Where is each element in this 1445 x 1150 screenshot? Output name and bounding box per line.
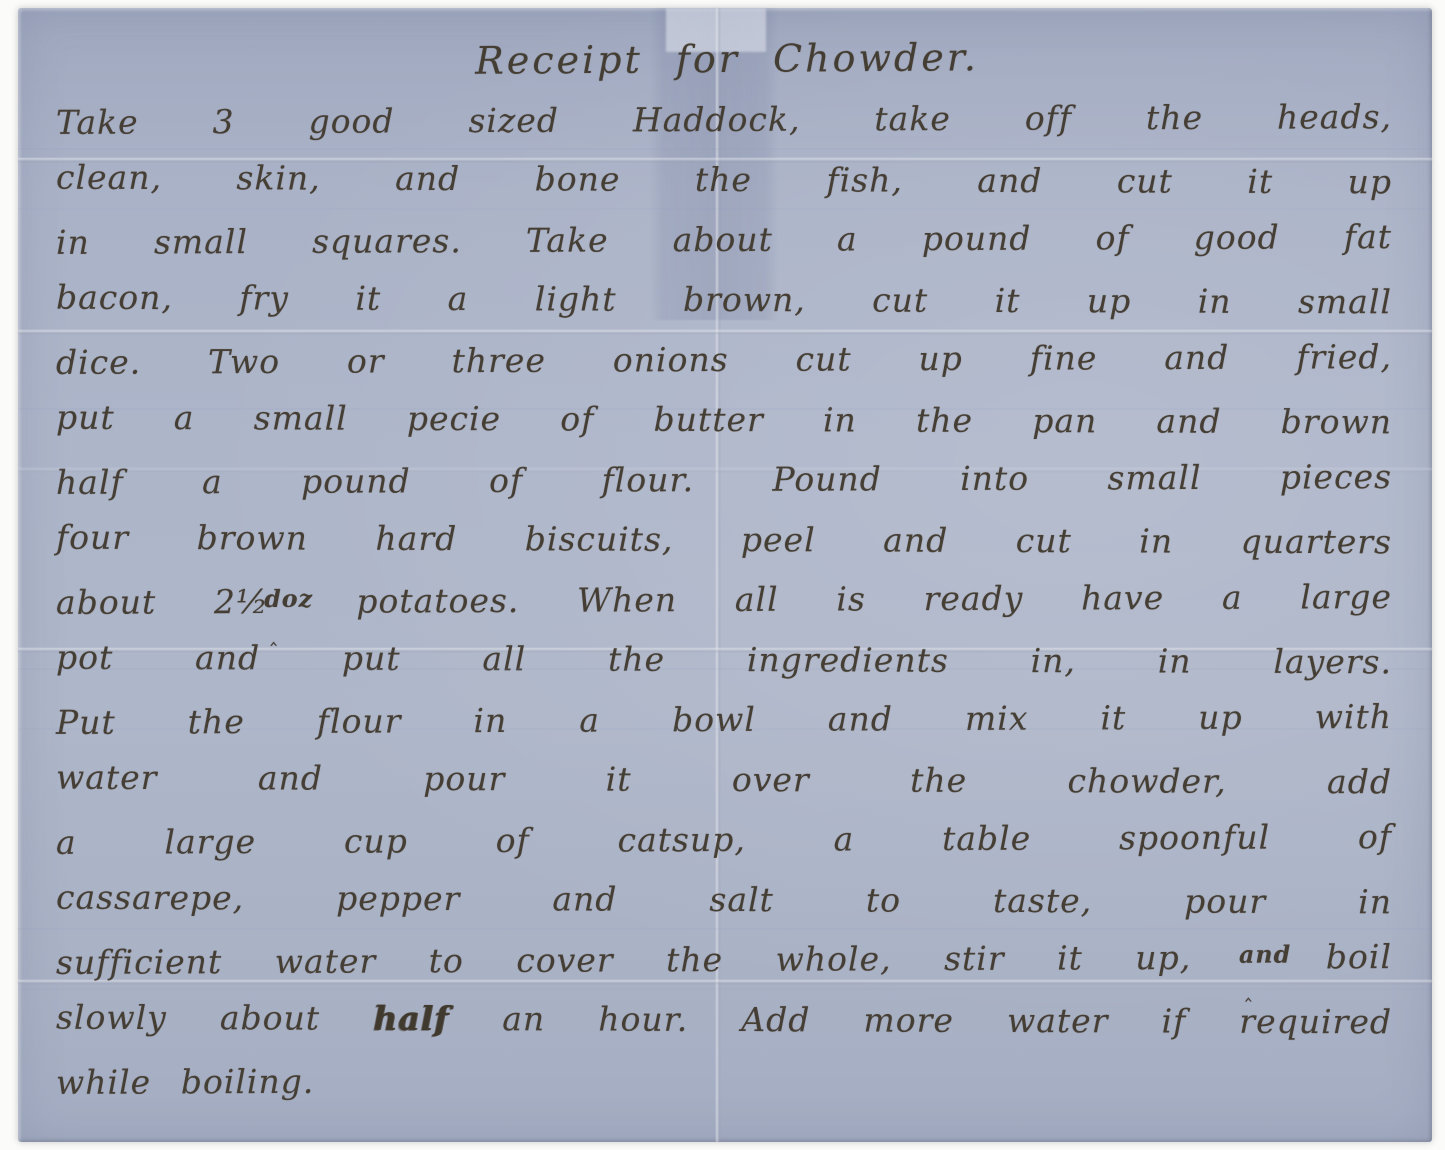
letter-paper: Receipt for Chowder. Take 3 good sized H…	[18, 8, 1432, 1142]
handwriting-line: clean, skin, and bone the fish, and cut …	[56, 148, 1392, 213]
handwritten-content: Receipt for Chowder. Take 3 good sized H…	[18, 8, 1432, 1142]
handwriting-line: water and pour it over the chowder, add	[56, 748, 1392, 813]
handwriting-line: a large cup of catsup, a table spoonful …	[56, 807, 1392, 873]
handwriting-line: four brown hard biscuits, peel and cut i…	[56, 508, 1392, 573]
scan-background: Receipt for Chowder. Take 3 good sized H…	[0, 0, 1445, 1150]
line-text: an hour. Add more water if required	[502, 999, 1392, 1041]
handwriting-line: put a small pecie of butter in the pan a…	[56, 388, 1392, 453]
document-title: Receipt for Chowder.	[56, 23, 1398, 94]
handwriting-block: Take 3 good sized Haddock, take off the …	[56, 90, 1392, 1110]
line-text: sufficient water to cover the whole, sti…	[56, 938, 1191, 982]
line-text: boil	[1326, 937, 1392, 976]
handwriting-line-with-insertion: sufficient water to cover the whole, sti…	[56, 927, 1392, 993]
handwriting-line: Put the flour in a bowl and mix it up wi…	[56, 687, 1392, 753]
inserted-word: and	[1239, 944, 1291, 968]
handwriting-line: half a pound of flour. Pound into small …	[56, 447, 1392, 513]
handwriting-line: Take 3 good sized Haddock, take off the …	[56, 87, 1392, 153]
line-text: slowly about	[56, 998, 320, 1038]
inserted-word: doz	[264, 588, 313, 612]
handwriting-line: in small squares. Take about a pound of …	[56, 207, 1392, 273]
handwriting-line: while boiling.	[56, 1047, 1392, 1113]
handwriting-line-with-insertion: about 2½doz‸ potatoes. When all is ready…	[56, 567, 1392, 633]
handwriting-line: bacon, fry it a light brown, cut it up i…	[56, 268, 1392, 333]
line-text: about 2½	[56, 582, 269, 622]
handwriting-line-with-overwrite: slowly about half an hour. Add more wate…	[56, 988, 1392, 1053]
handwriting-line: cassarepe, pepper and salt to taste, pou…	[56, 868, 1392, 933]
handwriting-line: pot and put all the ingredients in, in l…	[56, 628, 1392, 693]
overwritten-word: half	[373, 999, 449, 1038]
line-text: potatoes. When all is ready have a large	[356, 577, 1392, 621]
handwriting-line: dice. Two or three onions cut up fine an…	[56, 327, 1392, 393]
